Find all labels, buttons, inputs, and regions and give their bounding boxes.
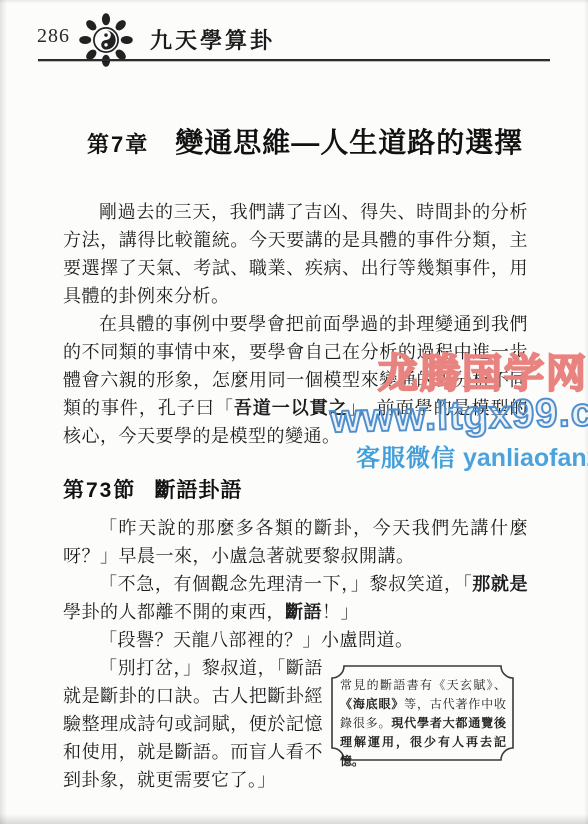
- header-rule: [38, 59, 550, 61]
- dialogue-paragraph: 「段譽？天龍八部裡的？」小盧問道。: [63, 626, 528, 654]
- annotation-text: 常見的斷語書有《天玄賦》、《海底眼》等，古代著作中收錄很多。現代學者大都通覽後理…: [340, 676, 506, 771]
- section-number: 第73節: [63, 479, 136, 502]
- dialogue-paragraph: 「昨天說的那麼多各類的斷卦，今天我們先講什麼呀？」早晨一來，小盧急著就要黎叔開講…: [63, 514, 528, 570]
- book-title: 九天學算卦: [150, 24, 275, 55]
- paragraph-text: 「別打岔，」黎叔道，「斷語就是斷卦的口訣。古人把斷卦經驗整理成詩句或詞賦，便於記…: [63, 658, 323, 790]
- scan-edge-bottom: [0, 814, 588, 824]
- dialogue-paragraph: 常見的斷語書有《天玄賦》、《海底眼》等，古代著作中收錄很多。現代學者大都通覽後理…: [63, 654, 528, 794]
- chapter-number: 第7章: [87, 132, 149, 157]
- scan-edge-left: [0, 0, 7, 824]
- page-content: 第7章變通思維—人生道路的選擇 剛過去的三天，我們講了吉凶、得失、時間卦的分析方…: [63, 62, 528, 794]
- chapter-title: 變通思維—人生道路的選擇: [175, 127, 523, 158]
- section-title: 斷語卦語: [154, 479, 242, 502]
- page-number: 286: [37, 25, 70, 48]
- annotation-box: 常見的斷語書有《天玄賦》、《海底眼》等，古代著作中收錄很多。現代學者大都通覽後理…: [329, 663, 516, 763]
- body-paragraph: 剛過去的三天，我們講了吉凶、得失、時間卦的分析方法，講得比較籠統。今天要講的是具…: [63, 198, 528, 310]
- chapter-heading: 第7章變通思維—人生道路的選擇: [87, 126, 528, 162]
- dialogue-paragraph: 「不急，有個觀念先理清一下，」黎叔笑道，「那就是學卦的人都離不開的東西，斷語！」: [63, 570, 528, 626]
- body-paragraph: 在具體的事例中要學會把前面學過的卦理變通到我們的不同類的事情中來，要學會自己在分…: [63, 310, 528, 450]
- book-page: 286 九天學算卦 第7章: [0, 0, 588, 824]
- section-heading: 第73節斷語卦語: [63, 476, 528, 506]
- scan-edge-top: [0, 0, 588, 4]
- scan-edge-right: [584, 0, 588, 824]
